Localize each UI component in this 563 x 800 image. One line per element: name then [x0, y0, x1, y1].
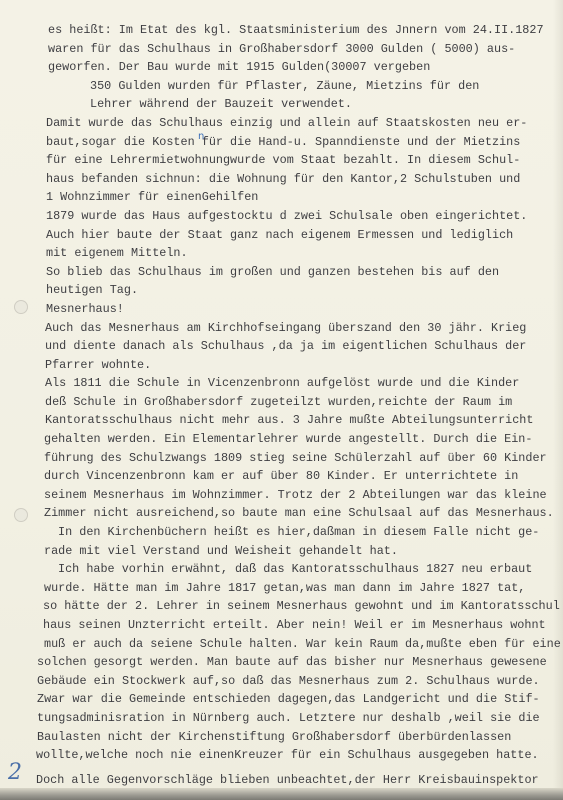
text-line: haus befanden sichnun: die Wohnung für d… — [0, 170, 563, 189]
handwritten-correction-mark: n — [198, 132, 208, 142]
text-line: Gebäude ein Stockwerk auf,so daß das Mes… — [0, 672, 563, 691]
text-line: seinem Mesnerhaus im Wohnzimmer. Trotz d… — [0, 486, 563, 505]
text-line: deß Schule in Großhabersdorf zugeteilzt … — [0, 393, 563, 412]
text-line: waren für das Schulhaus in Großhabersdor… — [0, 40, 563, 59]
text-line: wollte,welche noch nie einenKreuzer für … — [0, 746, 563, 765]
text-line: durch Vincenzenbronn kam er auf über 80 … — [0, 467, 563, 486]
text-line: Auch das Mesnerhaus am Kirchhofseingang … — [0, 319, 563, 338]
typewritten-text: es heißt: Im Etat des kgl. Staatsministe… — [0, 21, 563, 800]
text-line: In den Kirchenbüchern heißt es hier,daßm… — [0, 523, 563, 542]
text-line: führung des Schulzwangs 1809 stieg seine… — [0, 449, 563, 468]
text-line: gehalten werden. Ein Elementarlehrer wur… — [0, 430, 563, 449]
text-line: Kantoratsschulhaus nicht mehr aus. 3 Jah… — [0, 411, 563, 430]
text-line: tungsadminisration in Nürnberg auch. Let… — [0, 709, 563, 728]
text-line: Baulasten nicht der Kirchenstiftung Groß… — [0, 728, 563, 747]
page-bottom-edge — [0, 788, 563, 800]
handwritten-page-number: 2 — [8, 762, 22, 784]
text-line: baut,sogar die Kosten für die Hand-u. Sp… — [0, 133, 563, 152]
text-line: Lehrer während der Bauzeit verwendet. — [0, 95, 563, 114]
text-line: Doch alle Gegenvorschläge blieben unbeac… — [0, 771, 563, 790]
text-line: Zwar war die Gemeinde entschieden dagege… — [0, 690, 563, 709]
text-line: und diente danach als Schulhaus ,da ja i… — [0, 337, 563, 356]
text-line: wurde. Hätte man im Jahre 1817 getan,was… — [0, 579, 563, 598]
text-line: 1879 wurde das Haus aufgestocktu d zwei … — [0, 207, 563, 226]
text-line: haus seinen Unzterricht erteilt. Aber ne… — [0, 616, 563, 635]
text-line: es heißt: Im Etat des kgl. Staatsministe… — [0, 21, 563, 40]
text-line: mit eigenem Mitteln. — [0, 244, 563, 263]
text-line: Mesnerhaus! — [0, 300, 563, 319]
text-line: 350 Gulden wurden für Pflaster, Zäune, M… — [0, 77, 563, 96]
text-line: Zimmer nicht ausreichend,so baute man ei… — [0, 504, 563, 523]
text-line: So blieb das Schulhaus im großen und gan… — [0, 263, 563, 282]
document-page: es heißt: Im Etat des kgl. Staatsministe… — [0, 0, 563, 790]
text-line: so hätte der 2. Lehrer in seinem Mesnerh… — [0, 597, 563, 616]
text-line: rade mit viel Verstand und Weisheit geha… — [0, 542, 563, 561]
text-line: 1 Wohnzimmer für einenGehilfen — [0, 188, 563, 207]
text-line: heutigen Tag. — [0, 281, 563, 300]
text-line: Als 1811 die Schule in Vicenzenbronn auf… — [0, 374, 563, 393]
text-line: solchen gesorgt werden. Man baute auf da… — [0, 653, 563, 672]
text-line: geworfen. Der Bau wurde mit 1915 Gulden(… — [0, 58, 563, 77]
text-line: muß er auch da seiene Schule halten. War… — [0, 635, 563, 654]
text-line: für eine Lehrermietwohnungwurde vom Staa… — [0, 151, 563, 170]
text-line: Pfarrer wohnte. — [0, 356, 563, 375]
text-line: Auch hier baute der Staat ganz nach eige… — [0, 226, 563, 245]
text-line: Ich habe vorhin erwähnt, daß das Kantora… — [0, 560, 563, 579]
text-line: Damit wurde das Schulhaus einzig und all… — [0, 114, 563, 133]
